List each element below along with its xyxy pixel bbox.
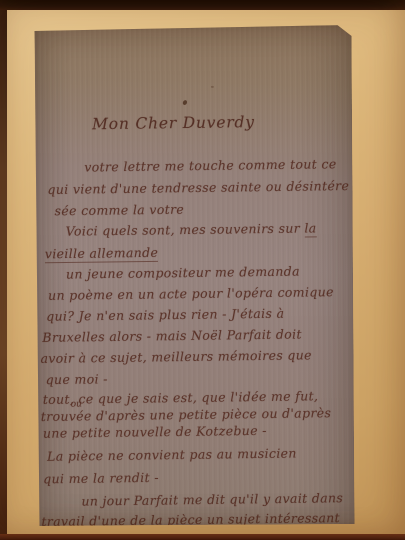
underlined-word: la xyxy=(304,220,316,237)
letter-line: Voici quels sont, mes souvenirs sur la xyxy=(66,220,317,238)
letter-line: un jour Parfait me dit qu'il y avait dan… xyxy=(81,490,343,508)
photo-top-dark-band xyxy=(0,0,405,10)
letter-line: une petite nouvelle de Kotzebue - xyxy=(43,423,267,441)
letter-line: avoir à ce sujet, meilleurs mémoires que xyxy=(40,347,312,366)
letter-line-underlined: vieille allemande xyxy=(45,245,159,263)
letter-line: tout, ce que je sais est, que l'idée me … xyxy=(43,388,319,407)
salutation-line: Mon Cher Duverdy xyxy=(92,113,255,133)
letter-line: La pièce ne convient pas au musicien xyxy=(47,446,297,464)
letter-line: qui me la rendit - xyxy=(43,470,159,487)
letter-line: votre lettre me touche comme tout ce xyxy=(84,156,336,174)
line-text: trouvée d'après une petite pièce ou d'ap… xyxy=(41,405,332,424)
letter-line: outrouvée d'après une petite pièce ou d'… xyxy=(41,405,332,424)
letter-photograph: Mon Cher Duverdy votre lettre me touche … xyxy=(0,0,405,540)
letter-line: sée comme la votre xyxy=(55,202,185,219)
letter-line: qui vient d'une tendresse sainte ou dési… xyxy=(47,178,349,197)
paper-stain xyxy=(211,86,214,88)
interline-insertion: ou xyxy=(71,399,82,409)
paper-stain xyxy=(182,99,188,105)
letter-line: un poème en un acte pour l'opéra comique xyxy=(48,284,334,303)
letter-line: un jeune compositeur me demanda xyxy=(66,264,300,282)
letter-line: qui? Je n'en sais plus rien - J'étais à xyxy=(46,306,284,324)
letter-line: travail d'une de la pièce un sujet intér… xyxy=(41,510,340,529)
letter-line: que moi - xyxy=(46,371,108,387)
letter-paper: Mon Cher Duverdy votre lettre me touche … xyxy=(34,25,354,526)
photo-left-dark-strip xyxy=(0,10,7,540)
line-text: Voici quels sont, mes souvenirs sur xyxy=(66,221,305,239)
photo-bottom-dark-band xyxy=(0,534,405,540)
letter-line: Bruxelles alors - mais Noël Parfait doit xyxy=(42,326,302,344)
